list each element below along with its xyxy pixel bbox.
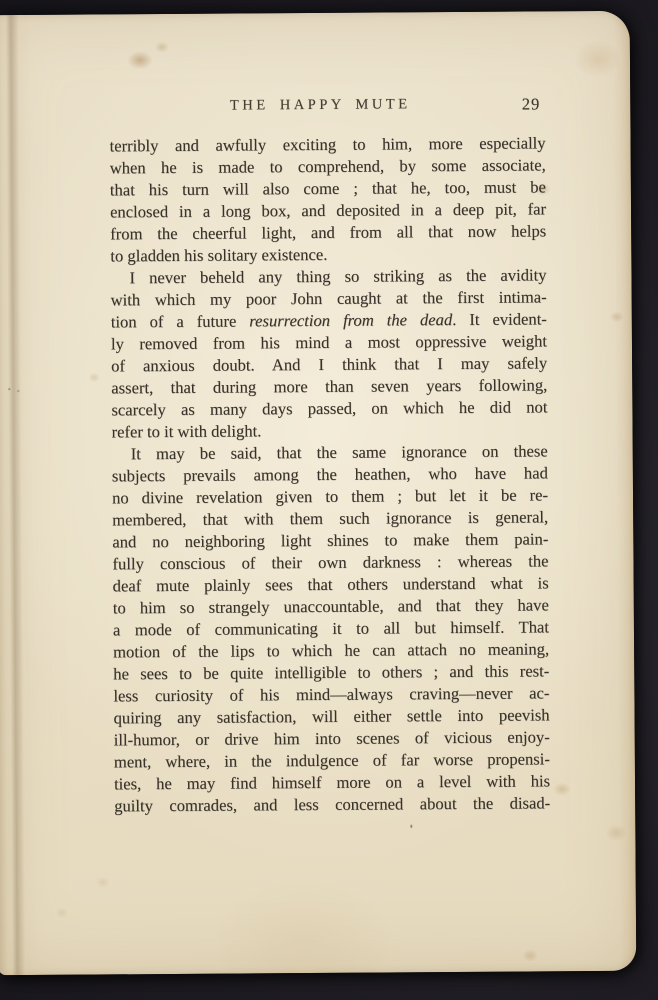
text-line: guilty comrades, and less concerned abou…: [114, 792, 550, 817]
text-line: membered, that with them such ignorance …: [112, 506, 548, 531]
text-line: to him so strangely unaccountable, and t…: [113, 594, 549, 619]
paragraph: I never beheld any thing so striking as …: [110, 264, 547, 443]
text-line: less curiosity of his mind—always cravin…: [113, 682, 549, 707]
book-page: THE HAPPY MUTE 29 terribly and awfully e…: [0, 11, 636, 975]
text-segment: ill-humor, or drive him into scenes of v…: [114, 727, 550, 749]
text-line: terribly and awfully exciting to him, mo…: [109, 132, 545, 157]
text-segment: motion of the lips to which he can attac…: [113, 639, 549, 661]
text-line: that his turn will also come ; that he, …: [110, 176, 546, 201]
text-line: It may be said, that the same ignorance …: [112, 440, 548, 465]
text-line: he sees to be quite intelligible to othe…: [113, 660, 549, 685]
running-head-title: THE HAPPY MUTE: [102, 95, 538, 115]
text-segment: It may be said, that the same ignorance …: [131, 441, 548, 463]
text-line: no divine revelation given to them ; but…: [112, 484, 548, 509]
text-segment: refer to it with delight.: [112, 421, 262, 441]
text-segment: enclosed in a long box, and deposited in…: [110, 199, 546, 221]
text-segment: guilty comrades, and less concerned abou…: [114, 793, 550, 815]
text-line: to gladden his solitary existence.: [110, 242, 546, 267]
text-segment: that his turn will also come ; that he, …: [110, 177, 546, 199]
text-line: from the cheerful light, and from all th…: [110, 220, 546, 245]
text-line: and no neighboring light shines to make …: [112, 528, 548, 553]
paragraph: terribly and awfully exciting to him, mo…: [109, 132, 546, 267]
text-line: assert, that during more than seven year…: [111, 374, 547, 399]
text-line: a mode of communicating it to all but hi…: [113, 616, 549, 641]
text-segment: to gladden his solitary existence.: [110, 245, 327, 266]
text-line: with which my poor John caught at the fi…: [111, 286, 547, 311]
text-segment: when he is made to comprehend, by some a…: [110, 155, 546, 177]
text-segment: from the cheerful light, and from all th…: [110, 221, 546, 243]
text-line: fully conscious of their own darkness : …: [112, 550, 548, 575]
text-line: scarcely as many days passed, on which h…: [111, 396, 547, 421]
text-line: ill-humor, or drive him into scenes of v…: [114, 726, 550, 751]
text-segment: I never beheld any thing so striking as …: [129, 265, 546, 287]
text-line: ties, he may find himself more on a leve…: [114, 770, 550, 795]
paragraph: It may be said, that the same ignorance …: [112, 440, 551, 817]
text-segment: tion of a future: [111, 311, 250, 331]
text-segment: ment, where, in the indulgence of far wo…: [114, 749, 550, 771]
text-line: I never beheld any thing so striking as …: [110, 264, 546, 289]
text-line: quiring any satisfaction, will either se…: [113, 704, 549, 729]
text-line: tion of a future resurrection from the d…: [111, 308, 547, 333]
text-segment: ties, he may find himself more on a leve…: [114, 771, 550, 793]
text-line: subjects prevails among the heathen, who…: [112, 462, 548, 487]
text-line: when he is made to comprehend, by some a…: [110, 154, 546, 179]
text-line: ment, where, in the indulgence of far wo…: [114, 748, 550, 773]
text-line: deaf mute plainly sees that others under…: [113, 572, 549, 597]
text-segment: resurrection from the dead: [249, 310, 452, 330]
text-line: refer to it with delight.: [111, 418, 547, 443]
text-line: of anxious doubt. And I think that I may…: [111, 352, 547, 377]
text-segment: of anxious doubt. And I think that I may…: [111, 353, 547, 375]
text-line: motion of the lips to which he can attac…: [113, 638, 549, 663]
text-segment: and no neighboring light shines to make …: [112, 529, 548, 551]
text-segment: membered, that with them such ignorance …: [112, 507, 548, 529]
page-number: 29: [508, 94, 540, 114]
text-segment: terribly and awfully exciting to him, mo…: [110, 133, 546, 155]
text-segment: quiring any satisfaction, will either se…: [113, 705, 549, 727]
scanned-book-photo: THE HAPPY MUTE 29 terribly and awfully e…: [0, 0, 658, 1000]
text-line: ly removed from his mind a most oppressi…: [111, 330, 547, 355]
body-text: terribly and awfully exciting to him, mo…: [109, 132, 550, 817]
text-segment: ly removed from his mind a most oppressi…: [111, 331, 547, 353]
text-segment: assert, that during more than seven year…: [111, 375, 547, 397]
text-segment: no divine revelation given to them ; but…: [112, 485, 548, 507]
text-segment: he sees to be quite intelligible to othe…: [113, 661, 549, 683]
text-line: enclosed in a long box, and deposited in…: [110, 198, 546, 223]
text-segment: . It evident-: [452, 309, 547, 329]
text-segment: scarcely as many days passed, on which h…: [111, 397, 547, 419]
text-segment: less curiosity of his mind—always cravin…: [113, 683, 549, 705]
text-segment: deaf mute plainly sees that others under…: [113, 573, 549, 595]
text-segment: a mode of communicating it to all but hi…: [113, 617, 549, 639]
text-segment: subjects prevails among the heathen, who…: [112, 463, 548, 485]
text-segment: with which my poor John caught at the fi…: [111, 287, 547, 309]
text-segment: fully conscious of their own darkness : …: [112, 551, 548, 573]
text-segment: to him so strangely unaccountable, and t…: [113, 595, 549, 617]
